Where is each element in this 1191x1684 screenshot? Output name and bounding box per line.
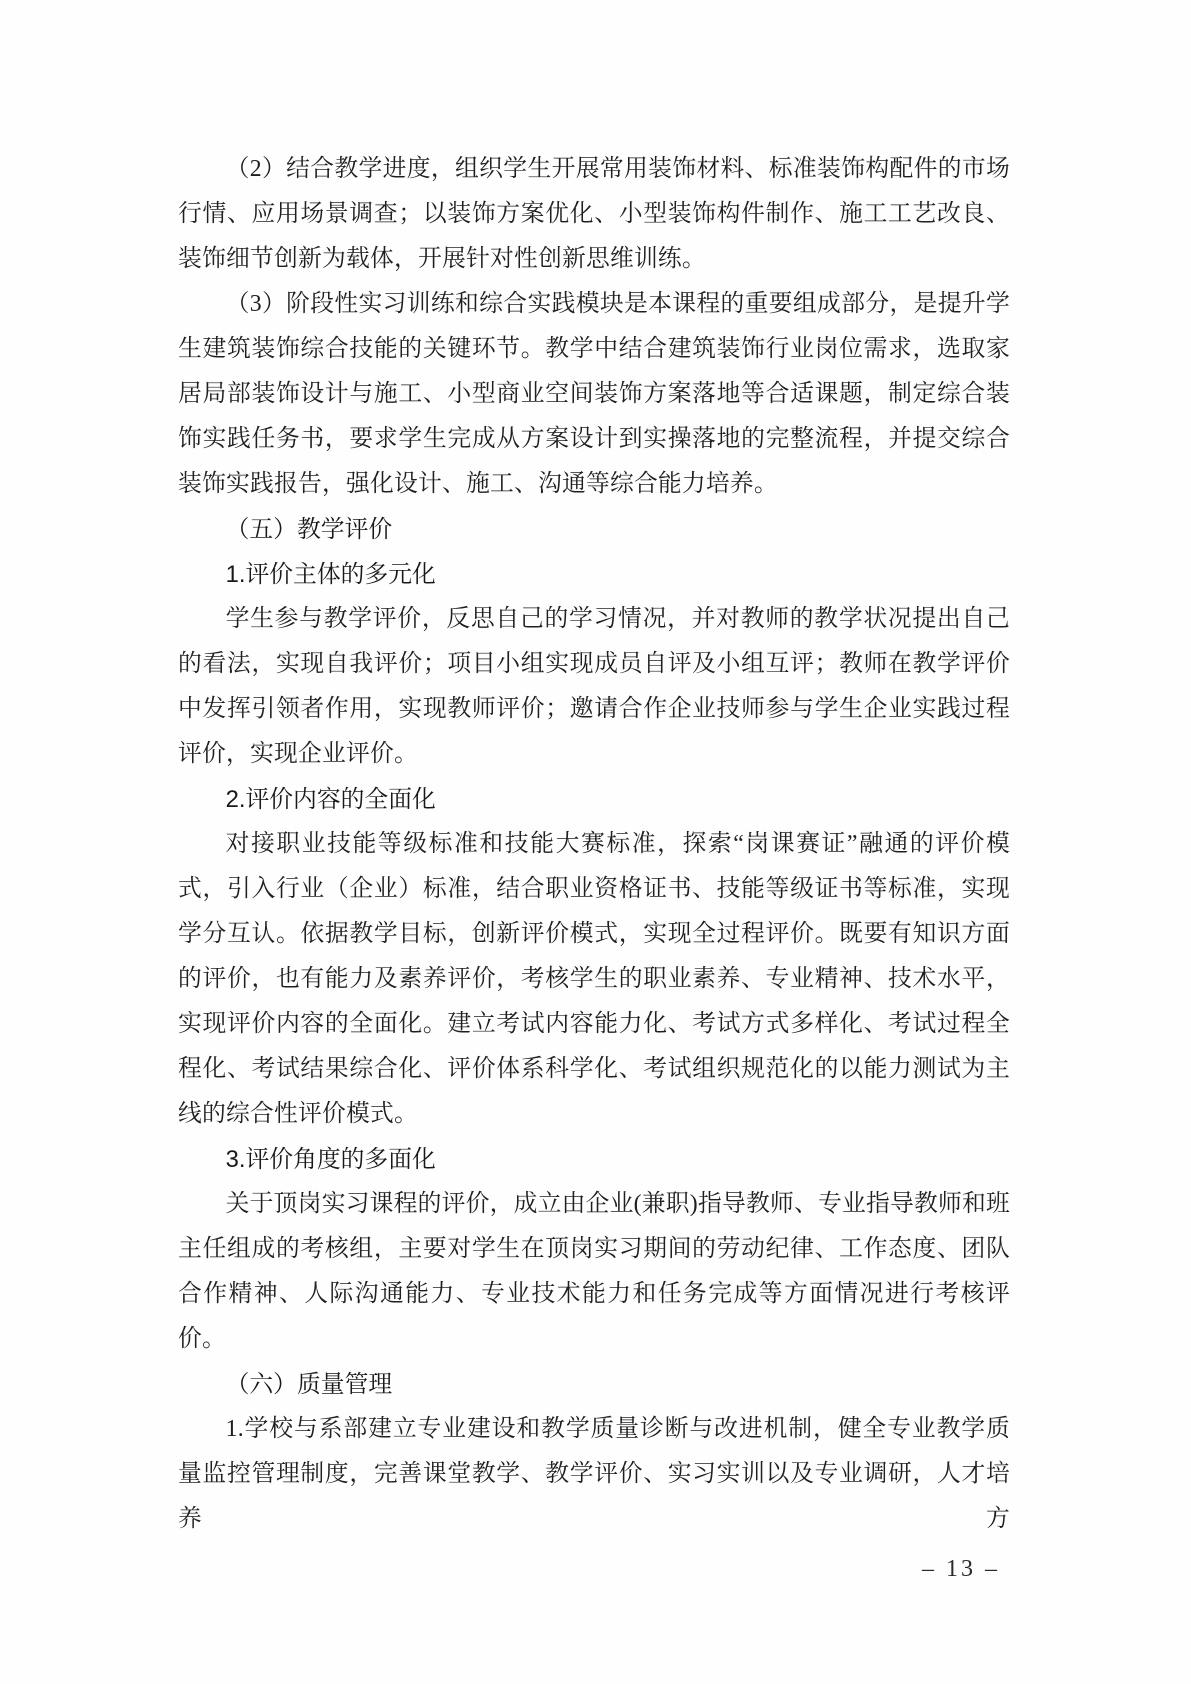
subheading-1-evaluation-subject-diversity: 1.评价主体的多元化 xyxy=(178,552,1010,597)
section-heading-5-teaching-evaluation: （五）教学评价 xyxy=(178,507,1010,552)
paragraph-evaluation-angles: 关于顶岗实习课程的评价，成立由企业(兼职)指导教师、专业指导教师和班主任组成的考… xyxy=(178,1182,1010,1362)
paragraph-evaluation-content: 对接职业技能等级标准和技能大赛标准，探索“岗课赛证”融通的评价模式，引入行业（企… xyxy=(178,822,1010,1137)
page-number: – 13 – xyxy=(922,1556,1000,1583)
paragraph-quality-management: 1.学校与系部建立专业建设和教学质量诊断与改进机制，健全专业教学质量监控管理制度… xyxy=(178,1407,1010,1542)
paragraph-item-2: （2）结合教学进度，组织学生开展常用装饰材料、标准装饰构配件的市场行情、应用场景… xyxy=(178,147,1010,282)
paragraph-evaluation-subjects: 学生参与教学评价，反思自己的学习情况，并对教师的教学状况提出自己的看法，实现自我… xyxy=(178,597,1010,777)
section-heading-6-quality-management: （六）质量管理 xyxy=(178,1362,1010,1407)
paragraph-item-3: （3）阶段性实习训练和综合实践模块是本课程的重要组成部分，是提升学生建筑装饰综合… xyxy=(178,282,1010,507)
subheading-3-evaluation-angle-multifaceted: 3.评价角度的多面化 xyxy=(178,1137,1010,1182)
subheading-2-evaluation-content-comprehensiveness: 2.评价内容的全面化 xyxy=(178,777,1010,822)
document-body: （2）结合教学进度，组织学生开展常用装饰材料、标准装饰构配件的市场行情、应用场景… xyxy=(178,147,1010,1542)
document-page: （2）结合教学进度，组织学生开展常用装饰材料、标准装饰构配件的市场行情、应用场景… xyxy=(0,0,1191,1684)
